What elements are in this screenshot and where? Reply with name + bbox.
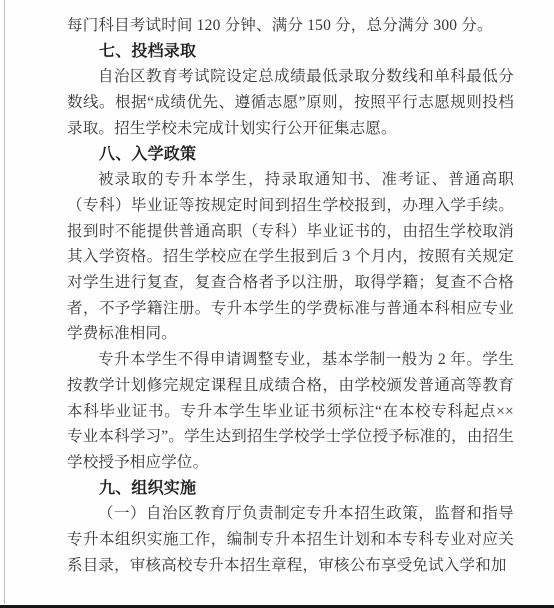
paragraph-education-department-duties: （一）自治区教育厅负责制定专升本招生政策，监督和指导专升本组织实施工作，编制专升…: [67, 501, 514, 578]
paragraph-study-term-and-diploma: 专升本学生不得申请调整专业，基本学制一般为 2 年。学生按教学计划修完规定课程且…: [67, 347, 514, 476]
section-heading-organization-implementation: 九、组织实施: [67, 476, 514, 502]
paragraph-admission-score-lines: 自治区教育考试院设定总成绩最低录取分数线和单科最低分数线。根据“成绩优先、遵循志…: [67, 64, 514, 141]
section-heading-placement-admission: 七、投档录取: [67, 39, 514, 65]
document-content: 每门科目考试时间 120 分钟、满分 150 分，总分满分 300 分。 七、投…: [67, 13, 514, 578]
paragraph-enrollment-registration: 被录取的专升本学生，持录取通知书、准考证、普通高职（专科）毕业证等按规定时间到招…: [67, 167, 514, 347]
paragraph-exam-duration: 每门科目考试时间 120 分钟、满分 150 分，总分满分 300 分。: [67, 13, 514, 39]
page-left-edge-rule: [4, 0, 5, 604]
section-heading-enrollment-policy: 八、入学政策: [67, 142, 514, 168]
scanned-document-page: 每门科目考试时间 120 分钟、满分 150 分，总分满分 300 分。 七、投…: [0, 0, 554, 608]
